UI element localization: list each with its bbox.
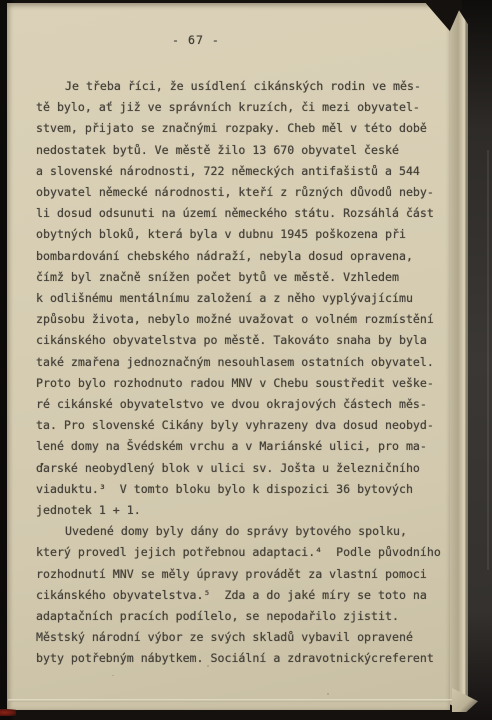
paper-speckle — [207, 665, 209, 667]
text-line: k odlišnému mentálnímu založení a z něho… — [36, 288, 442, 309]
text-line: rozhodnutí MNV se měly úpravy provádět z… — [36, 564, 442, 585]
text-line: jednotek 1 + 1. — [36, 500, 442, 521]
text-line: ré cikánské obyvatelstvo ve dvou okrajov… — [36, 394, 442, 415]
text-line: ta. Pro slovenské Cikány byly vyhrazeny … — [36, 415, 442, 436]
paper-speckle — [112, 675, 114, 676]
text-line: také zmařena jednoznačným nesouhlasem os… — [36, 352, 442, 373]
red-mark — [0, 709, 16, 716]
paper-speckle — [327, 693, 329, 695]
paragraph: Uvedené domy byly dány do správy bytovéh… — [36, 521, 442, 669]
document-page: - 67 - Je třeba říci, že usídlení cikáns… — [7, 3, 450, 710]
text-line: viaduktu.³ V tomto bloku bylo k dispozic… — [36, 479, 442, 500]
text-line: cikánského obyvatelstva po městě. Taková… — [36, 330, 442, 351]
text-line: Uvedené domy byly dány do správy bytovéh… — [36, 521, 442, 542]
page-edge-curl — [450, 6, 468, 708]
text-line: a slovenské národnosti, 722 německých an… — [36, 161, 442, 182]
text-line: Je třeba říci, že usídlení cikánských ro… — [36, 76, 442, 97]
text-line: Proto bylo rozhodnuto radou MNV v Chebu … — [36, 373, 442, 394]
scanner-edge-highlight — [487, 150, 489, 570]
text-line: obyvatel německé národnosti, kteří z růz… — [36, 182, 442, 203]
text-line: Městský národní výbor ze svých skladů vy… — [36, 627, 442, 648]
page-fold-line — [8, 699, 454, 702]
text-line: ďarské neobydlený blok v ulici sv. Jošta… — [36, 458, 442, 479]
paragraph: Je třeba říci, že usídlení cikánských ro… — [36, 76, 442, 521]
text-line: bombardování chebského nádraží, nebyla d… — [36, 246, 442, 267]
text-line: lené domy na Švédském vrchu a v Mariánsk… — [36, 436, 442, 457]
text-line: způsobu života, nebylo možné uvažovat o … — [36, 309, 442, 330]
page-text: Je třeba říci, že usídlení cikánských ro… — [36, 76, 442, 670]
text-line: tě bylo, ať již ve správních kruzích, či… — [36, 97, 442, 118]
text-line: obytných bloků, která byla v dubnu 1945 … — [36, 224, 442, 245]
page-number: - 67 - — [172, 33, 220, 47]
scan-background: - 67 - Je třeba říci, že usídlení cikáns… — [0, 0, 492, 720]
text-line: který provedl jejich potřebnou adaptaci.… — [36, 542, 442, 563]
text-line: stvem, přijato se značnými rozpaky. Cheb… — [36, 118, 442, 139]
text-line: cikánského obyvatelstva.⁵ Zda a do jaké … — [36, 585, 442, 606]
text-line: adaptačních pracích podílelo, se nepodař… — [36, 606, 442, 627]
text-line: nedostatek bytů. Ve městě žilo 13 670 ob… — [36, 140, 442, 161]
text-line: čímž byl značně snížen počet bytů ve měs… — [36, 267, 442, 288]
text-line: byty potřebným nábytkem. Sociální a zdra… — [36, 648, 442, 669]
text-line: li dosud odsunuti na území německého stá… — [36, 203, 442, 224]
